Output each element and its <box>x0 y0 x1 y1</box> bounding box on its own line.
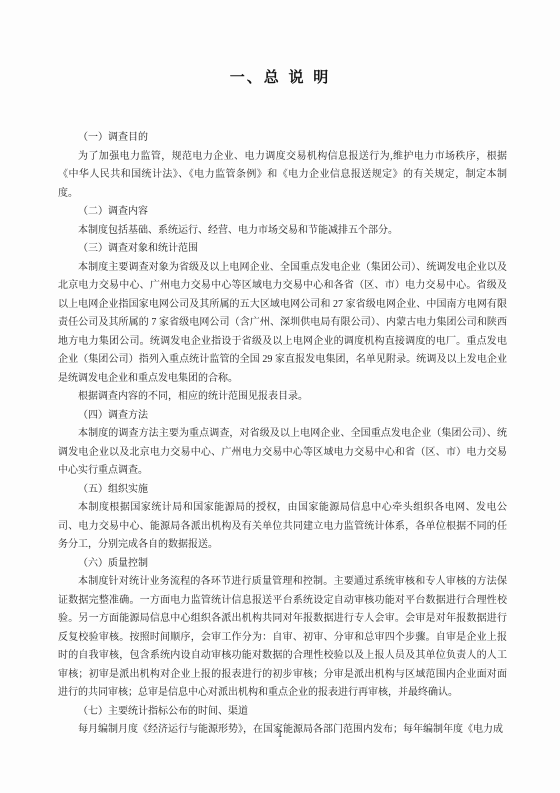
section-heading: （三）调查对象和统计范围 <box>58 240 507 259</box>
paragraph: 根据调查内容的不同，相应的统计范围见报表目录。 <box>58 388 507 407</box>
paragraph: 为了加强电力监管，规范电力企业、电力调度交易机构信息报送行为,维护电力市场秩序，… <box>58 148 507 204</box>
paragraph: 本制度的调查方法主要为重点调查，对省级及以上电网企业、全国重点发电企业（集团公司… <box>58 425 507 481</box>
section-heading: （六）质量控制 <box>58 555 507 574</box>
section-heading: （四）调查方法 <box>58 407 507 426</box>
section-heading: （二）调查内容 <box>58 203 507 222</box>
paragraph: 本制度根据国家统计局和国家能源局的授权，由国家能源局信息中心牵头组织各电网、发电… <box>58 499 507 555</box>
paragraph: 本制度主要调查对象为省级及以上电网企业、全国重点发电企业（集团公司）、统调发电企… <box>58 259 507 389</box>
section-heading: （一）调查目的 <box>58 129 507 148</box>
section-heading: （五）组织实施 <box>58 481 507 500</box>
page-number: 1 <box>0 729 560 740</box>
paragraph: 本制度包括基础、系统运行、经营、电力市场交易和节能减排五个部分。 <box>58 222 507 241</box>
document-page: 一、总 说 明 （一）调查目的为了加强电力监管，规范电力企业、电力调度交易机构信… <box>0 0 560 793</box>
page-title: 一、总 说 明 <box>0 66 560 87</box>
document-body: （一）调查目的为了加强电力监管，规范电力企业、电力调度交易机构信息报送行为,维护… <box>58 129 507 740</box>
paragraph: 本制度针对统计业务流程的各环节进行质量管理和控制。主要通过系统审核和专人审核的方… <box>58 573 507 703</box>
section-heading: （七）主要统计指标公布的时间、渠道 <box>58 703 507 722</box>
